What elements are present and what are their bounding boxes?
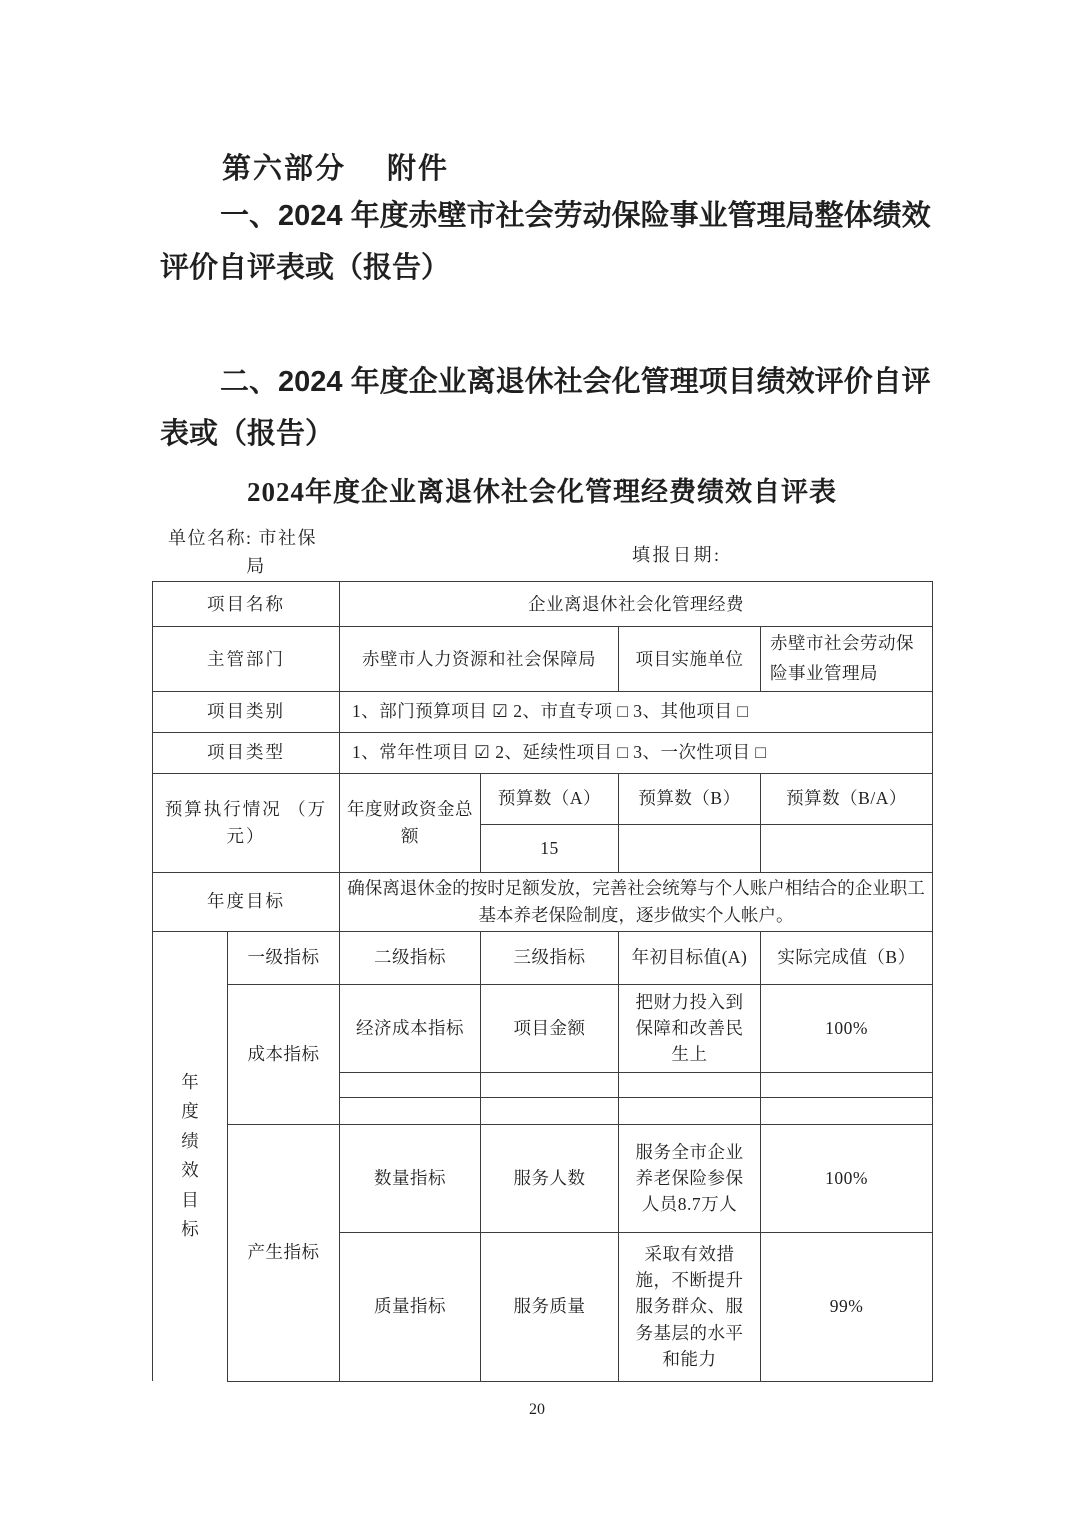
budget-label-cell: 预算执行情况 （万元） bbox=[153, 773, 340, 872]
indicator-header-level2-cell: 二级指标 bbox=[340, 931, 481, 984]
empty-cell bbox=[619, 1072, 761, 1097]
section-heading: 第六部分 附件 bbox=[222, 146, 449, 187]
attachment-2-line-1: 二、2024 年度企业离退休社会化管理项目绩效评价自评 bbox=[160, 356, 960, 408]
attachment-item-2: 二、2024 年度企业离退休社会化管理项目绩效评价自评 表或（报告） bbox=[160, 356, 960, 460]
attachment-item-1: 一、2024 年度赤壁市社会劳动保险事业管理局整体绩效 评价自评表或（报告） bbox=[160, 190, 960, 294]
quantity-target-cell: 服务全市企业养老保险参保人员8.7万人 bbox=[619, 1124, 761, 1232]
unit-name-line-1: 单位名称: 市社保 bbox=[168, 528, 317, 548]
budget-col-a-cell: 预算数（A） bbox=[481, 773, 619, 824]
row-category: 项目类别 1、部门预算项目 ☑ 2、市直专项 □ 3、其他项目 □ bbox=[153, 691, 933, 732]
quality-level3-cell: 服务质量 bbox=[481, 1232, 619, 1381]
unit-name-line-2: 局 bbox=[168, 552, 344, 580]
empty-cell bbox=[761, 1072, 933, 1097]
budget-col-b-cell: 预算数（B） bbox=[619, 773, 761, 824]
quantity-level3-cell: 服务人数 bbox=[481, 1124, 619, 1232]
quality-actual-cell: 99% bbox=[761, 1232, 933, 1381]
implementer-label-cell: 项目实施单位 bbox=[619, 627, 761, 692]
budget-val-ba-cell bbox=[761, 824, 933, 872]
project-name-value-cell: 企业离退休社会化管理经费 bbox=[340, 582, 933, 627]
cost-target-cell: 把财力投入到保障和改善民生上 bbox=[619, 984, 761, 1072]
indicator-header-level1-cell: 一级指标 bbox=[228, 931, 340, 984]
indicator-header-target-cell: 年初目标值(A) bbox=[619, 931, 761, 984]
cost-actual-cell: 100% bbox=[761, 984, 933, 1072]
quality-level2-cell: 质量指标 bbox=[340, 1232, 481, 1381]
row-type: 项目类型 1、常年性项目 ☑ 2、延续性项目 □ 3、一次性项目 □ bbox=[153, 732, 933, 773]
budget-val-b-cell bbox=[619, 824, 761, 872]
empty-cell bbox=[481, 1097, 619, 1124]
row-annual-goal: 年度目标 确保离退休金的按时足额发放，完善社会统筹与个人账户相结合的企业职工基本… bbox=[153, 872, 933, 931]
supervisor-label-cell: 主管部门 bbox=[153, 627, 340, 692]
budget-val-a-cell: 15 bbox=[481, 824, 619, 872]
attachment-1-line-2: 评价自评表或（报告） bbox=[160, 242, 960, 294]
row-indicator-headers: 年度绩效目标 一级指标 二级指标 三级指标 年初目标值(A) 实际完成值（B） bbox=[153, 931, 933, 984]
page-number: 20 bbox=[0, 1401, 1074, 1419]
empty-cell bbox=[340, 1097, 481, 1124]
annual-goal-label-cell: 年度目标 bbox=[153, 872, 340, 931]
report-date-label: 填报日期: bbox=[632, 541, 722, 567]
budget-fund-label-cell: 年度财政资金总额 bbox=[340, 773, 481, 872]
empty-cell bbox=[481, 1072, 619, 1097]
row-supervisor: 主管部门 赤壁市人力资源和社会保障局 项目实施单位 赤壁市社会劳动保险事业管理局 bbox=[153, 627, 933, 692]
implementer-value-cell: 赤壁市社会劳动保险事业管理局 bbox=[761, 627, 933, 692]
row-cost-indicator: 成本指标 经济成本指标 项目金额 把财力投入到保障和改善民生上 100% bbox=[153, 984, 933, 1072]
indicator-header-level3-cell: 三级指标 bbox=[481, 931, 619, 984]
row-budget-header: 预算执行情况 （万元） 年度财政资金总额 预算数（A） 预算数（B） 预算数（B… bbox=[153, 773, 933, 824]
performance-vertical-label: 年度绩效目标 bbox=[180, 1068, 200, 1244]
output-level1-cell: 产生指标 bbox=[228, 1124, 340, 1381]
quality-target-cell: 采取有效措施，不断提升服务群众、服务基层的水平和能力 bbox=[619, 1232, 761, 1381]
type-label-cell: 项目类型 bbox=[153, 732, 340, 773]
empty-cell bbox=[619, 1097, 761, 1124]
budget-col-ba-cell: 预算数（B/A） bbox=[761, 773, 933, 824]
row-quantity-indicator: 产生指标 数量指标 服务人数 服务全市企业养老保险参保人员8.7万人 100% bbox=[153, 1124, 933, 1232]
indicator-header-actual-cell: 实际完成值（B） bbox=[761, 931, 933, 984]
category-options-cell: 1、部门预算项目 ☑ 2、市直专项 □ 3、其他项目 □ bbox=[340, 691, 933, 732]
table-title: 2024年度企业离退休社会化管理经费绩效自评表 bbox=[152, 470, 932, 509]
supervisor-value-cell: 赤壁市人力资源和社会保障局 bbox=[340, 627, 619, 692]
project-name-label-cell: 项目名称 bbox=[153, 582, 340, 627]
category-label-cell: 项目类别 bbox=[153, 691, 340, 732]
quantity-actual-cell: 100% bbox=[761, 1124, 933, 1232]
empty-cell bbox=[340, 1072, 481, 1097]
quantity-level2-cell: 数量指标 bbox=[340, 1124, 481, 1232]
unit-name-label: 单位名称: 市社保 局 bbox=[168, 524, 344, 580]
type-options-cell: 1、常年性项目 ☑ 2、延续性项目 □ 3、一次性项目 □ bbox=[340, 732, 933, 773]
document-page: 第六部分 附件 一、2024 年度赤壁市社会劳动保险事业管理局整体绩效 评价自评… bbox=[0, 0, 1074, 1520]
cost-level3-cell: 项目金额 bbox=[481, 984, 619, 1072]
self-evaluation-table: 项目名称 企业离退休社会化管理经费 主管部门 赤壁市人力资源和社会保障局 项目实… bbox=[152, 581, 933, 1382]
attachment-1-line-1: 一、2024 年度赤壁市社会劳动保险事业管理局整体绩效 bbox=[160, 190, 960, 242]
annual-goal-value-cell: 确保离退休金的按时足额发放，完善社会统筹与个人账户相结合的企业职工基本养老保险制… bbox=[340, 872, 933, 931]
cost-level1-cell: 成本指标 bbox=[228, 984, 340, 1124]
attachment-2-line-2: 表或（报告） bbox=[160, 408, 960, 460]
empty-cell bbox=[761, 1097, 933, 1124]
performance-label-cell: 年度绩效目标 bbox=[153, 931, 228, 1381]
cost-level2-cell: 经济成本指标 bbox=[340, 984, 481, 1072]
row-project-name: 项目名称 企业离退休社会化管理经费 bbox=[153, 582, 933, 627]
